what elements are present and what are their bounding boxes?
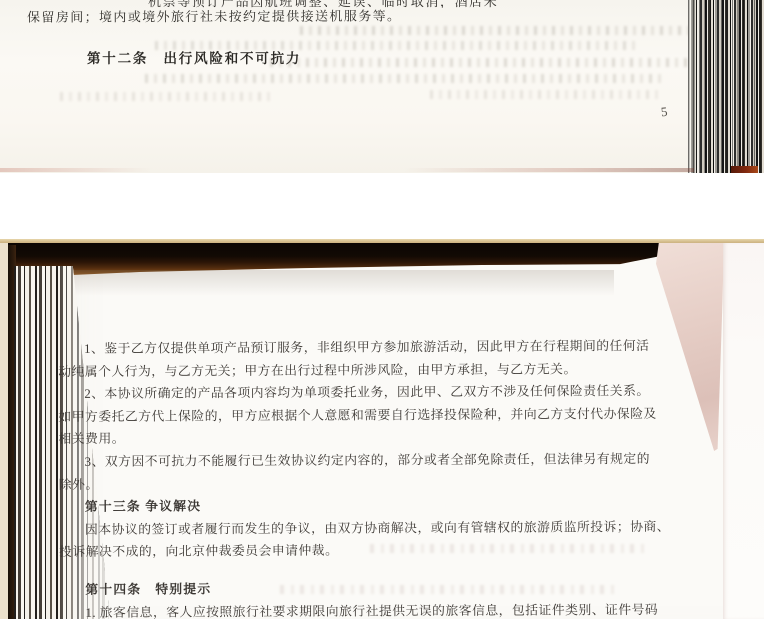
bleed-through-artifact: [280, 585, 620, 594]
paragraph-line: 因本协议的签订或者履行而发生的争议，由双方协商解决，或向有管辖权的旅游质监所投诉…: [59, 515, 699, 541]
photo-left-margin: [0, 243, 8, 619]
paragraph-line: 3、双方因不可抗力不能履行已生效协议约定内容的，部分或者全部免除责任，但法律另有…: [59, 448, 699, 474]
paragraph-line: 动纯属个人行为，与乙方无关；甲方在出行过程中所涉风险，由甲方承担，与乙方无关。: [58, 357, 698, 383]
book-edge-streaks-icon: [688, 0, 764, 174]
document-scan-stage: 机票等预订产品因航班调整、延误、临时取消，酒店未 保留房间；境内或境外旅行社未按…: [0, 0, 764, 619]
bleed-through-artifact: [145, 74, 665, 83]
bleed-through-artifact: [300, 26, 690, 35]
page-curve-shadow: [14, 270, 614, 296]
paragraph-line: 2、本协议所确定的产品各项内容均为单项委托业务，因此甲、乙双方不涉及任何保险责任…: [58, 380, 698, 406]
bleed-through-artifact: [60, 92, 270, 101]
camscanner-banner: 由 扫描全能王 扫描创建: [0, 173, 764, 239]
paragraph-line: 1、鉴于乙方仅提供单项产品预订服务，非组织甲方参加旅游活动，因此甲方在行程期间的…: [58, 335, 698, 361]
bleed-through-artifact: [155, 41, 635, 50]
paragraph-line: 1. 旅客信息，客人应按照旅行社要求期限向旅行社提供无误的旅客信息，包括证件类别…: [59, 598, 699, 619]
photo-right-margin: [723, 243, 764, 619]
scan-page-top: 机票等预订产品因航班调整、延误、临时取消，酒店未 保留房间；境内或境外旅行社未按…: [0, 0, 764, 173]
paragraph-line: 相关费用。: [58, 425, 698, 451]
bleed-through-artifact: [270, 58, 690, 67]
paragraph-line: 保留房间；境内或境外旅行社未按约定提供接送机服务等。: [27, 5, 401, 25]
paragraph-line: 除外。: [59, 470, 699, 496]
scan-edge-line: [0, 168, 694, 172]
bleed-through-artifact: [370, 544, 650, 553]
page-number: 5: [660, 104, 668, 121]
paragraph-line: 第十三条 争议解决: [59, 493, 699, 519]
agreement-text-block: 1、鉴于乙方仅提供单项产品预订服务，非组织甲方参加旅游活动，因此甲方在行程期间的…: [58, 335, 699, 619]
book-cover-mark: [731, 166, 758, 173]
paragraph-line: 如甲方委托乙方代上保险的，甲方应根据个人意愿和需要自行选择投保险种，并向乙方支付…: [58, 402, 698, 428]
bleed-through-artifact: [430, 90, 660, 99]
